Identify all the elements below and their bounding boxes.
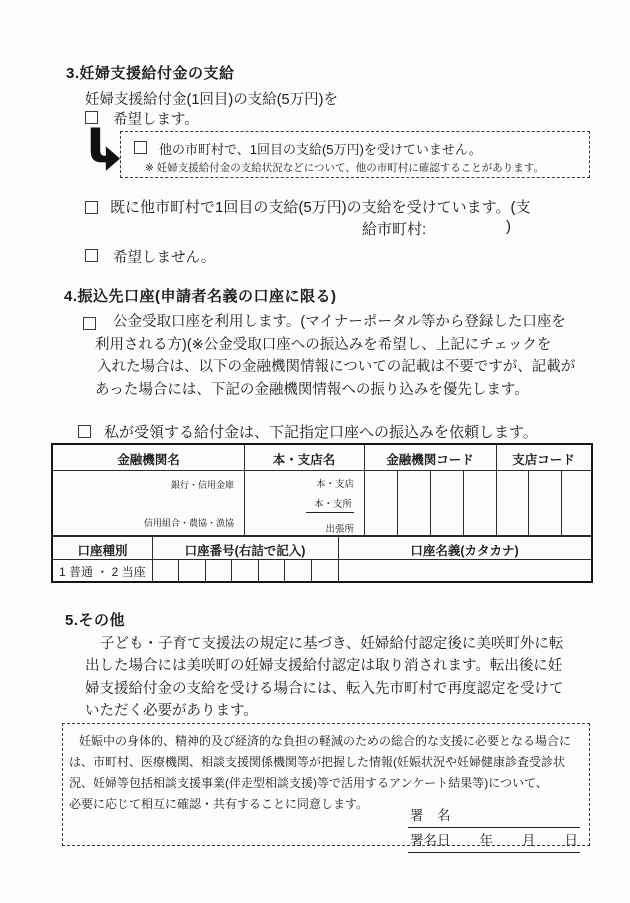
col-header-account-holder: 口座名義(カタカナ) <box>338 541 591 559</box>
col-header-branch-code: 支店コード <box>496 450 591 468</box>
col-header-bank-name: 金融機関名 <box>53 450 244 468</box>
signature-block: 署 名 署名日 年 月 日 <box>408 804 580 853</box>
consent-line1: 妊娠中の身体的、精神的及び経済的な負担の軽減のための総合的な支援に必要となる場合… <box>79 732 571 749</box>
option-shimasen-label: 希望しません。 <box>113 246 215 267</box>
bank-name-field[interactable] <box>55 472 242 533</box>
note-line1: 他の市町村で、1回目の支給(5万円)を受けていません。 <box>159 139 482 158</box>
section4-heading: 4.振込先口座(申請者名義の口座に限る) <box>64 285 337 306</box>
signature-name-row[interactable]: 署 名 <box>408 804 580 828</box>
section5-line4: いただく必要があります。 <box>85 699 258 720</box>
checkbox-not-received[interactable] <box>134 141 147 154</box>
signature-date-label: 署名日 <box>410 829 451 849</box>
branch-code-field[interactable] <box>498 472 589 533</box>
signature-month-label: 月 <box>522 829 536 849</box>
section5-line1: 子ども・子育て支援法の規定に基づき、妊婦給付認定後に美咲町外に転 <box>100 632 563 653</box>
branch-type-label-3: 出張所 <box>244 521 354 535</box>
section5-line3: 婦支援給付金の支給を受ける場合には、転入先市町村で再度認定を受けて <box>85 677 564 698</box>
note-line2: ※ 妊婦支援給付金の支給状況などについて、他の市町村に確認することがあります。 <box>145 160 544 175</box>
form-page: 3.妊婦支援給付金の支給 妊婦支援給付金(1回目)の支給(5万円)を 希望します… <box>0 0 630 903</box>
checkbox-already-received[interactable] <box>85 201 98 214</box>
bank-account-table: 金融機関名 本・支店名 金融機関コード 支店コード 銀行・信用金庫 信用組合・農… <box>51 443 593 583</box>
col-header-account-type: 口座種別 <box>53 541 152 559</box>
checkbox-shimasen[interactable] <box>85 249 98 262</box>
option-already-line2-label: 給市町村: <box>362 218 426 239</box>
arrow-down-right-icon <box>86 127 120 177</box>
public-account-line1: 公金受取口座を利用します。(マイナーポータル等から登録した口座を <box>113 310 566 331</box>
signature-year-label: 年 <box>480 829 494 849</box>
signature-day-label: 日 <box>565 829 579 849</box>
public-account-line3: 入れた場合は、以下の金融機関情報についての記載は不要ですが、記載が <box>97 355 575 376</box>
signature-date-row[interactable]: 署名日 年 月 日 <box>408 829 580 853</box>
consent-box: 妊娠中の身体的、精神的及び経済的な負担の軽減のための総合的な支援に必要となる場合… <box>62 723 590 846</box>
section3-heading: 3.妊婦支援給付金の支給 <box>66 62 235 83</box>
section5-line2: 出した場合には美咲町の妊婦支援給付認定は取り消されます。転出後に妊 <box>85 654 562 675</box>
option-kibou-label: 希望します。 <box>113 108 199 129</box>
public-account-line2: 利用される方)(※公金受取口座への振込みを希望し、上記にチェックを <box>95 333 551 354</box>
consent-line4: 必要に応じて相互に確認・共有することに同意します。 <box>69 795 368 812</box>
account-holder-field[interactable] <box>340 561 589 581</box>
col-header-bank-code: 金融機関コード <box>364 450 496 468</box>
section5-heading: 5.その他 <box>65 609 125 630</box>
section3-intro: 妊婦支援給付金(1回目)の支給(5万円)を <box>85 88 338 109</box>
account-type-options[interactable]: 1 普通 ・ 2 当座 <box>59 563 152 580</box>
checkbox-designated-account[interactable] <box>78 425 91 438</box>
bank-code-field[interactable] <box>366 472 494 533</box>
branch-type-label-1: 本・支店 <box>244 476 354 490</box>
branch-type-label-2: 本・支所 <box>244 496 354 510</box>
consent-line3: 況、妊婦等包括相談支援事業(伴走型相談支援)等で活用するアンケート結果等)につい… <box>69 774 548 791</box>
option-already-line2-paren: ) <box>506 218 511 235</box>
col-header-branch-name: 本・支店名 <box>244 450 364 468</box>
branch-type-label-2-text: 本・支所 <box>306 499 354 513</box>
col-header-account-number: 口座番号(右詰で記入) <box>152 541 338 559</box>
table-line <box>53 535 591 537</box>
public-account-line4: あった場合には、下記の金融機関情報への振り込みを優先します。 <box>95 378 529 399</box>
account-number-field[interactable] <box>154 561 338 581</box>
checkbox-public-account[interactable] <box>83 317 96 330</box>
consent-line2: は、市町村、医療機関、相談支援関係機関等が把握した情報(妊娠状況や妊婦健康診査受… <box>69 753 565 770</box>
designated-account-label: 私が受領する給付金は、下記指定口座への振込みを依頼します。 <box>104 421 538 442</box>
note-box: 他の市町村で、1回目の支給(5万円)を受けていません。 ※ 妊婦支援給付金の支給… <box>120 131 590 178</box>
option-already-line1: 既に他市町村で1回目の支給(5万円)の支給を受けています。(支 <box>110 196 530 217</box>
signature-name-label: 署 名 <box>410 804 451 824</box>
checkbox-kibou[interactable] <box>85 111 98 124</box>
